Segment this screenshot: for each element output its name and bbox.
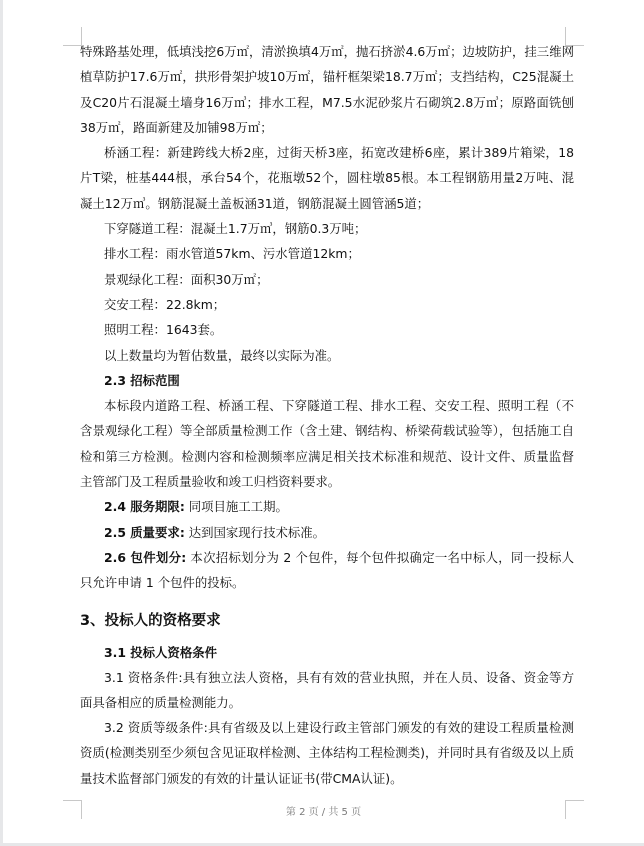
heading-2-3: 2.3 招标范围	[80, 368, 574, 393]
value-service-period: 同项目施工工期。	[185, 499, 288, 514]
paragraph-traffic-safety: 交安工程：22.8km；	[80, 292, 574, 317]
paragraph-qualification: 3.1 资格条件:具有独立法人资格，具有有效的营业执照，并在人员、设备、资金等方…	[80, 665, 574, 716]
paragraph-certification-level: 3.2 资质等级条件:具有省级及以上建设行政主管部门颁发的有效的建设工程质量检测…	[80, 715, 574, 791]
paragraph-package-division: 2.6 包件划分: 本次招标划分为 2 个包件，每个包件拟确定一名中标人，同一投…	[80, 545, 574, 596]
paragraph-service-period: 2.4 服务期限: 同项目施工工期。	[80, 494, 574, 519]
document-page: 特殊路基处理，低填浅挖6万㎡，清淤换填4万㎡，抛石挤淤4.6万㎡；边坡防护，挂三…	[3, 0, 644, 843]
paragraph-landscaping: 景观绿化工程：面积30万㎡；	[80, 267, 574, 292]
heading-3-1: 3.1 投标人资格条件	[80, 640, 574, 665]
paragraph-lighting: 照明工程：1643套。	[80, 317, 574, 342]
heading-3: 3、投标人的资格要求	[80, 602, 574, 640]
paragraph-estimate-note: 以上数量均为暂估数量，最终以实际为准。	[80, 343, 574, 368]
paragraph-tender-scope: 本标段内道路工程、桥涵工程、下穿隧道工程、排水工程、交安工程、照明工程（不含景观…	[80, 393, 574, 494]
label-package-division: 2.6 包件划分:	[104, 550, 186, 565]
page-indicator: 第 2 页 / 共 5 页	[3, 803, 644, 818]
document-body: 特殊路基处理，低填浅挖6万㎡，清淤换填4万㎡，抛石挤淤4.6万㎡；边坡防护，挂三…	[80, 39, 574, 791]
value-quality-requirement: 达到国家现行技术标准。	[185, 525, 325, 540]
label-quality-requirement: 2.5 质量要求:	[104, 525, 185, 540]
paragraph-subgrade: 特殊路基处理，低填浅挖6万㎡，清淤换填4万㎡，抛石挤淤4.6万㎡；边坡防护，挂三…	[80, 39, 574, 140]
label-service-period: 2.4 服务期限:	[104, 499, 185, 514]
paragraph-drainage: 排水工程：雨水管道57km、污水管道12km；	[80, 241, 574, 266]
paragraph-bridges: 桥涵工程：新建跨线大桥2座，过街天桥3座，拓宽改建桥6座，累计389片箱梁，18…	[80, 140, 574, 216]
paragraph-quality-requirement: 2.5 质量要求: 达到国家现行技术标准。	[80, 520, 574, 545]
paragraph-tunnel: 下穿隧道工程：混凝土1.7万㎥，钢筋0.3万吨；	[80, 216, 574, 241]
